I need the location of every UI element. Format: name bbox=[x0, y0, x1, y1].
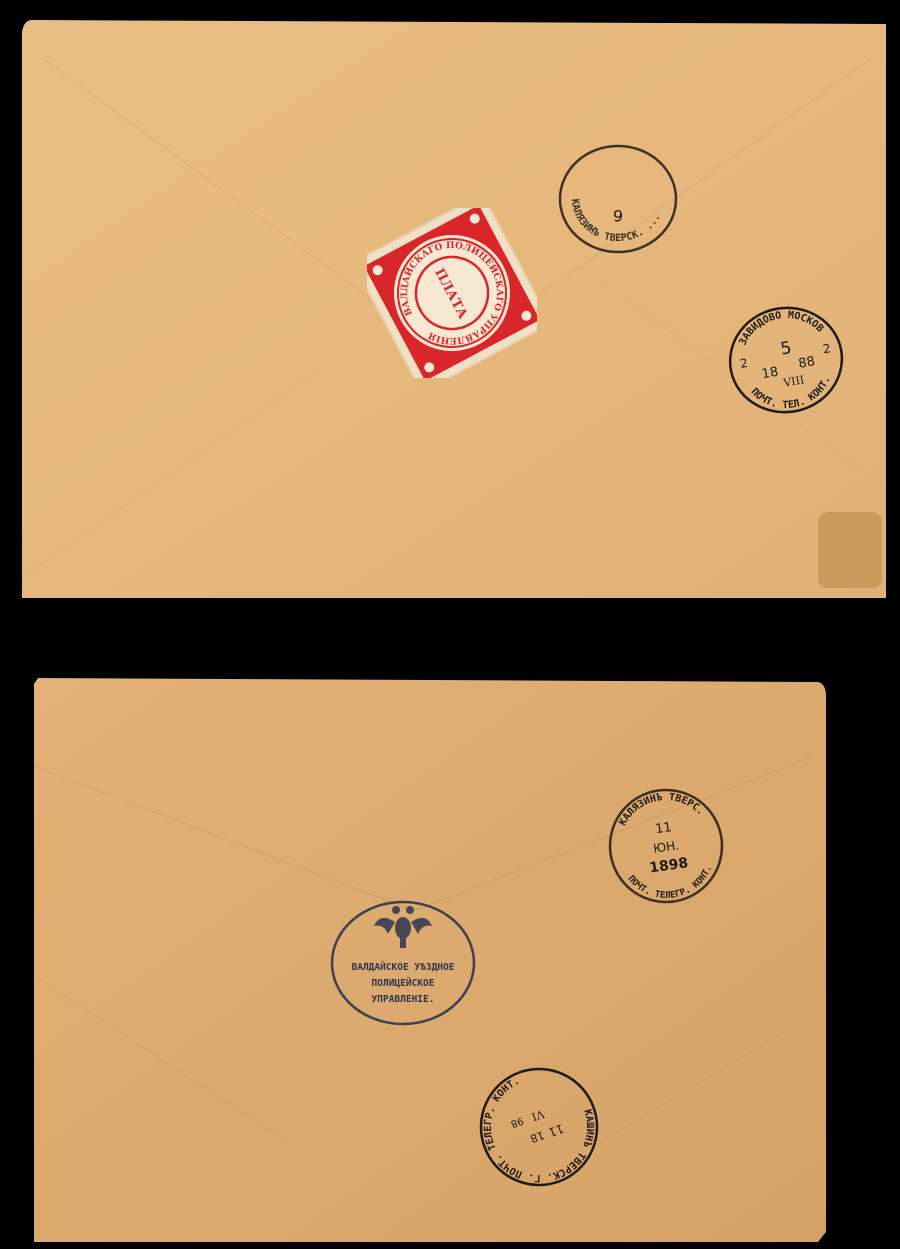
svg-text:2: 2 bbox=[739, 356, 749, 371]
svg-text:VIII: VIII bbox=[781, 373, 805, 390]
postmark-kalyazin-1898: КАЛЯЗИНЪ ТВЕРС. ПОЧТ. ТЕЛЕГР. КОНТ. 11 Ю… bbox=[604, 784, 728, 908]
corner-patch bbox=[818, 512, 882, 588]
svg-text:88: 88 bbox=[797, 354, 816, 372]
svg-text:18: 18 bbox=[761, 365, 780, 383]
svg-text:КАШИНЪ ТВЕРСК. Г. ПОЧТ. ТЕЛЕГР: КАШИНЪ ТВЕРСК. Г. ПОЧТ. ТЕЛЕГР. КОНТ. bbox=[474, 1062, 604, 1192]
postmark-zavidovo: ЗАВИДОВО МОСКОВ ПОЧТ. ТЕЛ. КОНТ. 5 18 88… bbox=[724, 302, 848, 418]
label-stamp-red: ВАЛДАЙСКАГО ПОЛИЦЕЙСКАГО УПРАВЛЕНІЯ ПЛАТ… bbox=[367, 208, 537, 378]
double-headed-eagle-icon bbox=[374, 906, 432, 948]
svg-text:5: 5 bbox=[779, 338, 793, 360]
svg-text:18: 18 bbox=[528, 1128, 546, 1145]
svg-text:6: 6 bbox=[613, 206, 623, 225]
svg-text:ВАЛДАЙСКОЕ УѢЗДНОЕ: ВАЛДАЙСКОЕ УѢЗДНОЕ bbox=[352, 961, 455, 973]
svg-text:ПОЛИЦЕЙСКОЕ: ПОЛИЦЕЙСКОЕ bbox=[372, 977, 435, 989]
svg-text:2: 2 bbox=[822, 341, 832, 356]
svg-text:11: 11 bbox=[654, 820, 672, 837]
svg-text:11: 11 bbox=[547, 1121, 566, 1139]
postmark-kashin: КАШИНЪ ТВЕРСК. Г. ПОЧТ. ТЕЛЕГР. КОНТ. 11… bbox=[474, 1062, 604, 1192]
svg-text:УПРАВЛЕНІЕ.: УПРАВЛЕНІЕ. bbox=[372, 994, 435, 1005]
svg-text:ЮН.: ЮН. bbox=[652, 838, 679, 855]
svg-text:1898: 1898 bbox=[648, 855, 689, 876]
svg-text:VI: VI bbox=[530, 1107, 547, 1124]
postmark-kalyazin-1: КАЛЯЗИНЪ ТВЕРСК. ... 6 bbox=[554, 140, 682, 258]
envelope-top: ВАЛДАЙСКАГО ПОЛИЦЕЙСКАГО УПРАВЛЕНІЯ ПЛАТ… bbox=[22, 18, 886, 598]
envelope-bottom: ВАЛДАЙСКОЕ УѢЗДНОЕ ПОЛИЦЕЙСКОЕ УПРАВЛЕНІ… bbox=[34, 676, 826, 1242]
svg-text:98: 98 bbox=[509, 1114, 525, 1129]
police-office-seal: ВАЛДАЙСКОЕ УѢЗДНОЕ ПОЛИЦЕЙСКОЕ УПРАВЛЕНІ… bbox=[328, 898, 478, 1028]
